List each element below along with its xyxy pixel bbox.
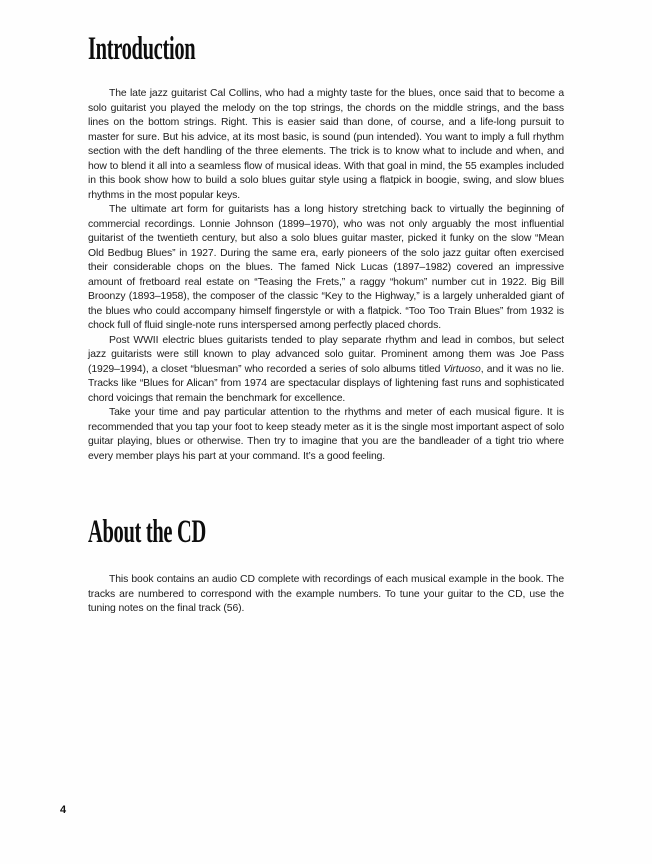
intro-paragraph-1: The late jazz guitarist Cal Collins, who… — [88, 87, 564, 203]
book-page: Introduction The late jazz guitarist Cal… — [0, 0, 652, 864]
section-heading-introduction: Introduction — [88, 33, 195, 66]
introduction-text: The late jazz guitarist Cal Collins, who… — [88, 87, 564, 464]
album-title-italic: Virtuoso — [444, 364, 481, 375]
about-cd-text: This book contains an audio CD complete … — [88, 573, 564, 617]
intro-paragraph-4: Take your time and pay particular attent… — [88, 406, 564, 464]
about-cd-paragraph-1: This book contains an audio CD complete … — [88, 573, 564, 617]
page-number: 4 — [60, 804, 66, 816]
section-heading-about-the-cd: About the CD — [88, 516, 206, 549]
intro-paragraph-3: Post WWII electric blues guitarists tend… — [88, 334, 564, 407]
intro-paragraph-2: The ultimate art form for guitarists has… — [88, 203, 564, 334]
